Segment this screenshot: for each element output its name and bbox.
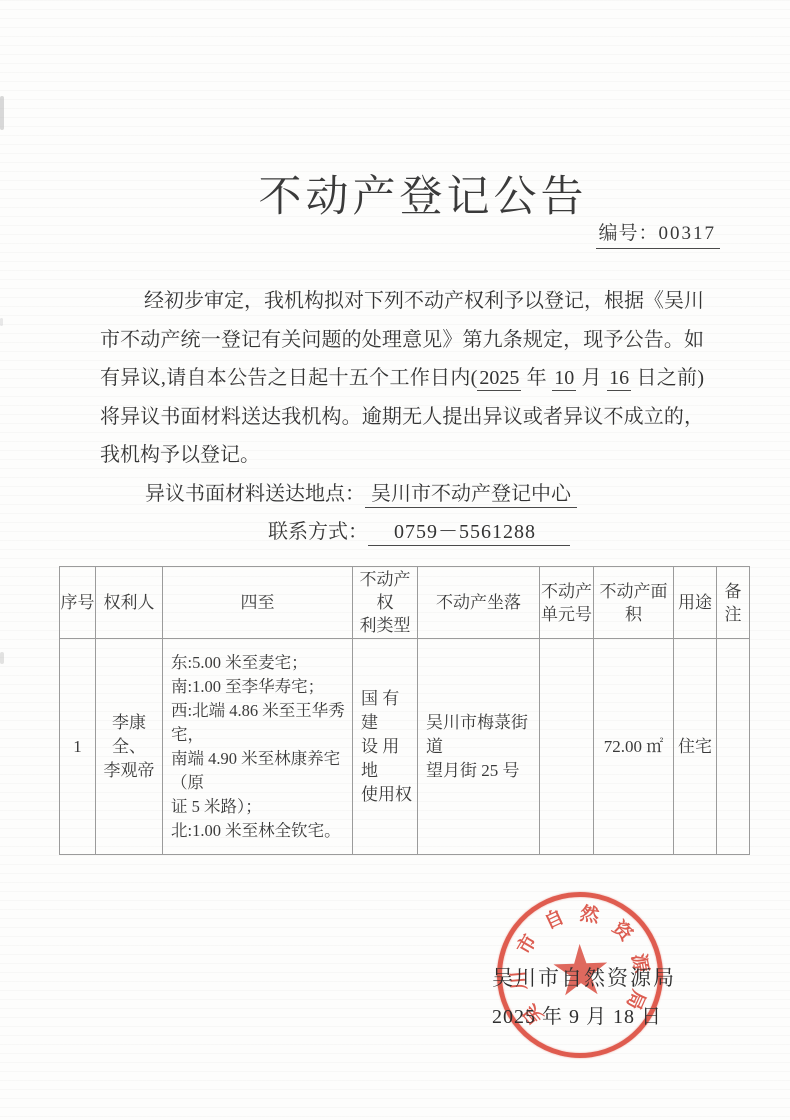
row-index: 1 — [60, 639, 96, 855]
contact-phone-value: 0759－5561288 — [368, 521, 570, 546]
doc-number: 编号：00317 — [596, 218, 720, 249]
doc-number-label: 编号： — [598, 223, 658, 244]
table-header-location: 不动产坐落 — [418, 567, 540, 639]
row-boundaries: 东:5.00 米至麦宅； 南:1.00 至李华寿宅； 西:北端 4.86 米至王… — [163, 639, 353, 855]
notice-line-deadline: 有异议,请自本公告之日起十五个工作日内(2025 年 10 月 16 日之前) — [100, 359, 704, 398]
issue-date: 2025 年 9 月 18 日 — [492, 1000, 662, 1029]
row-location: 吴川市梅菉街道 望月街 25 号 — [418, 639, 540, 855]
deadline-day: 16 — [607, 367, 631, 391]
delivery-address-value: 吴川市不动产登记中心 — [365, 483, 577, 508]
doc-number-value: 00317 — [659, 223, 717, 244]
row-right-type: 国 有 建 设 用 地 使用权 — [353, 639, 418, 855]
document-page: 不动产登记公告 编号：00317 经初步审定，我机构拟对下列不动产权利予以登记，… — [0, 0, 790, 1120]
table-header-usage: 用途 — [674, 567, 717, 639]
notice-line: 我机构予以登记。 — [100, 436, 704, 475]
delivery-address-line: 异议书面材料送达地点：吴川市不动产登记中心 — [100, 475, 704, 514]
issuer-name: 吴川市自然资源局 — [492, 962, 676, 992]
row-area: 72.00 ㎡ — [594, 639, 674, 855]
scan-artifact — [0, 96, 4, 130]
row-usage: 住宅 — [674, 639, 717, 855]
scan-artifact — [0, 652, 4, 664]
table-header-remark: 备注 — [717, 567, 750, 639]
seal-ring-char: 然 — [577, 903, 602, 928]
deadline-year: 2025 — [477, 367, 521, 391]
deadline-month: 10 — [552, 367, 576, 391]
table-header-unit-no: 不动产 单元号 — [540, 567, 594, 639]
row-remark — [717, 639, 750, 855]
table-header-right-type: 不动产权 利类型 — [353, 567, 418, 639]
notice-line: 市不动产统一登记有关问题的处理意见》第九条规定，现予公告。如 — [100, 321, 704, 360]
table-header-owner: 权利人 — [96, 567, 163, 639]
notice-line: 经初步审定，我机构拟对下列不动产权利予以登记，根据《吴川 — [100, 282, 704, 321]
notice-body: 经初步审定，我机构拟对下列不动产权利予以登记，根据《吴川 市不动产统一登记有关问… — [100, 282, 704, 552]
registration-table: 序号 权利人 四至 不动产权 利类型 不动产坐落 不动产 单元号 不动产面积 用… — [59, 566, 750, 855]
notice-line: 将异议书面材料送达我机构。逾期无人提出异议或者异议不成立的， — [100, 398, 704, 437]
scan-artifact — [0, 318, 3, 326]
delivery-address-label: 异议书面材料送达地点： — [145, 483, 365, 505]
row-unit-no — [540, 639, 594, 855]
row-owner: 李康全、 李观帝 — [96, 639, 163, 855]
page-title: 不动产登记公告 — [0, 163, 790, 224]
contact-line: 联系方式：0759－5561288 — [100, 513, 704, 552]
table-header-boundaries: 四至 — [163, 567, 353, 639]
table-header-index: 序号 — [60, 567, 96, 639]
table-header-area: 不动产面积 — [594, 567, 674, 639]
contact-label: 联系方式： — [268, 521, 368, 543]
